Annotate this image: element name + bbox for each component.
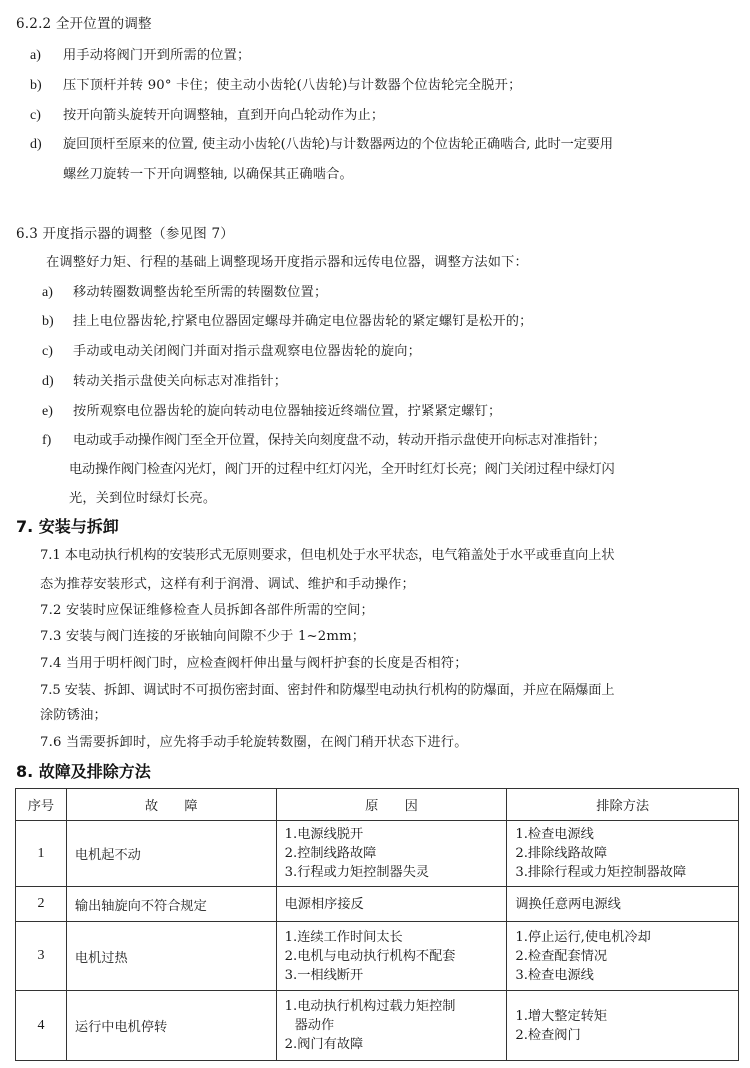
list-label: c)	[42, 343, 53, 361]
paragraph-7-1-continued: 态为推荐安装形式，这样有利于润滑、调试、维护和手动操作；	[40, 576, 415, 594]
paragraph-7-5: 7.5 安装、拆卸、调试时不可损伤密封面、密封件和防爆型电动执行机构的防爆面，并…	[40, 682, 614, 700]
paragraph-7-2: 7.2 安装时应保证维修检查人员拆卸各部件所需的空间；	[40, 602, 374, 620]
paragraph-7-4: 7.4 当用于明杆阀门时，应检查阀杆伸出量与阀杆护套的长度是否相符；	[40, 655, 468, 673]
cause-cell: 1.电动执行机构过载力矩控制 器动作 2.阀门有故障	[276, 991, 507, 1061]
remedy-line: 2.检查阀门	[515, 1026, 738, 1045]
list-item-text: 转动关指示盘使关向标志对准指针；	[73, 373, 287, 391]
list-label: f)	[42, 432, 51, 450]
table-row: 1 电机起不动 1.电源线脱开 2.控制线路故障 3.行程或力矩控制器失灵 1.…	[16, 821, 739, 887]
cause-line: 2.控制线路故障	[285, 844, 507, 863]
remedy-line: 3.排除行程或力矩控制器故障	[515, 863, 738, 882]
list-label: e)	[42, 403, 53, 421]
subsection-heading-6-2-2: 6.2.2 全开位置的调整	[16, 15, 152, 33]
list-label: b)	[42, 313, 54, 331]
list-item-text: 手动或电动关闭阀门并面对指示盘观察电位器齿轮的旋向；	[73, 343, 421, 361]
fault-cell: 运行中电机停转	[66, 991, 276, 1061]
list-item-text: 用手动将阀门开到所需的位置；	[63, 47, 250, 65]
paragraph-7-6: 7.6 当需要拆卸时，应先将手动手轮旋转数圈，在阀门稍开状态下进行。	[40, 734, 468, 752]
column-header-remedy: 排除方法	[507, 789, 739, 821]
cause-line: 3.一相线断开	[285, 966, 507, 985]
fault-troubleshooting-table: 序号 故 障 原 因 排除方法 1 电机起不动 1.电源线脱开 2.控制线路故障…	[15, 788, 739, 1061]
remedy-line: 调换任意两电源线	[515, 895, 738, 914]
row-index: 1	[16, 821, 67, 887]
cause-line: 3.行程或力矩控制器失灵	[285, 863, 507, 882]
cause-line: 2.电机与电动执行机构不配套	[285, 947, 507, 966]
row-index: 4	[16, 991, 67, 1061]
row-index: 3	[16, 922, 67, 991]
cause-line: 1.电动执行机构过载力矩控制	[285, 997, 507, 1016]
list-label: b)	[30, 77, 42, 95]
list-item-text: 按所观察电位器齿轮的旋向转动电位器轴接近终端位置，拧紧紧定螺钉；	[73, 403, 501, 421]
list-label: a)	[42, 284, 53, 302]
cause-line: 2.阀门有故障	[285, 1035, 507, 1054]
table-header-row: 序号 故 障 原 因 排除方法	[16, 789, 739, 821]
list-item-text: 旋回顶杆至原来的位置, 使主动小齿轮(八齿轮)与计数器两边的个位齿轮正确啮合, …	[63, 136, 613, 154]
cause-cell: 1.连续工作时间太长 2.电机与电动执行机构不配套 3.一相线断开	[276, 922, 507, 991]
table-row: 2 输出轴旋向不符合规定 电源相序接反 调换任意两电源线	[16, 887, 739, 922]
list-item-text: 压下顶杆并转 90° 卡住；使主动小齿轮(八齿轮)与计数器个位齿轮完全脱开；	[63, 77, 521, 95]
cause-line: 1.电源线脱开	[285, 825, 507, 844]
list-item-text-continued: 光，关到位时绿灯长亮。	[69, 490, 216, 508]
list-label: d)	[42, 373, 54, 391]
paragraph-7-3: 7.3 安装与阀门连接的牙嵌轴向间隙不少于 1~2mm；	[40, 628, 365, 646]
column-header-fault: 故 障	[66, 789, 276, 821]
cause-line: 1.连续工作时间太长	[285, 928, 507, 947]
remedy-line: 1.检查电源线	[515, 825, 738, 844]
list-label: a)	[30, 47, 41, 65]
list-label: d)	[30, 136, 42, 154]
remedy-cell: 1.增大整定转矩 2.检查阀门	[507, 991, 739, 1061]
cause-cell: 1.电源线脱开 2.控制线路故障 3.行程或力矩控制器失灵	[276, 821, 507, 887]
list-label: c)	[30, 107, 41, 125]
table-row: 3 电机过热 1.连续工作时间太长 2.电机与电动执行机构不配套 3.一相线断开…	[16, 922, 739, 991]
list-item-text: 移动转圈数调整齿轮至所需的转圈数位置；	[73, 284, 327, 302]
remedy-cell: 1.停止运行,使电机冷却 2.检查配套情况 3.检查电源线	[507, 922, 739, 991]
subsection-heading-6-3: 6.3 开度指示器的调整（参见图 7）	[16, 225, 234, 243]
paragraph-7-1: 7.1 本电动执行机构的安装形式无原则要求，但电机处于水平状态，电气箱盖处于水平…	[40, 547, 614, 565]
section-heading-7: 7. 安装与拆卸	[16, 517, 119, 537]
remedy-cell: 调换任意两电源线	[507, 887, 739, 922]
row-index: 2	[16, 887, 67, 922]
remedy-cell: 1.检查电源线 2.排除线路故障 3.排除行程或力矩控制器故障	[507, 821, 739, 887]
list-item-text: 挂上电位器齿轮,拧紧电位器固定螺母并确定电位器齿轮的紧定螺钉是松开的；	[73, 313, 533, 331]
cause-line: 电源相序接反	[285, 895, 507, 914]
fault-cell: 电机起不动	[66, 821, 276, 887]
intro-paragraph: 在调整好力矩、行程的基础上调整现场开度指示器和远传电位器，调整方法如下：	[46, 254, 528, 272]
remedy-line: 1.增大整定转矩	[515, 1007, 738, 1026]
list-item-text-continued: 电动操作阀门检查闪光灯，阀门开的过程中红灯闪光，全开时红灯长亮；阀门关闭过程中绿…	[69, 461, 614, 479]
list-item-text: 按开向箭头旋转开向调整轴，直到开向凸轮动作为止；	[63, 107, 384, 125]
paragraph-7-5-continued: 涂防锈油；	[40, 707, 107, 725]
remedy-line: 3.检查电源线	[515, 966, 738, 985]
list-item-text: 电动或手动操作阀门至全开位置，保持关向刻度盘不动，转动开指示盘使开向标志对准指针…	[73, 432, 605, 450]
section-heading-8: 8. 故障及排除方法	[16, 762, 151, 782]
table-row: 4 运行中电机停转 1.电动执行机构过载力矩控制 器动作 2.阀门有故障 1.增…	[16, 991, 739, 1061]
fault-cell: 电机过热	[66, 922, 276, 991]
fault-cell: 输出轴旋向不符合规定	[66, 887, 276, 922]
column-header-cause: 原 因	[276, 789, 507, 821]
column-header-index: 序号	[16, 789, 67, 821]
list-item-text-continued: 螺丝刀旋转一下开向调整轴, 以确保其正确啮合。	[63, 166, 353, 184]
cause-cell: 电源相序接反	[276, 887, 507, 922]
remedy-line: 1.停止运行,使电机冷却	[515, 928, 738, 947]
remedy-line: 2.检查配套情况	[515, 947, 738, 966]
remedy-line: 2.排除线路故障	[515, 844, 738, 863]
cause-line-continued: 器动作	[285, 1016, 507, 1035]
